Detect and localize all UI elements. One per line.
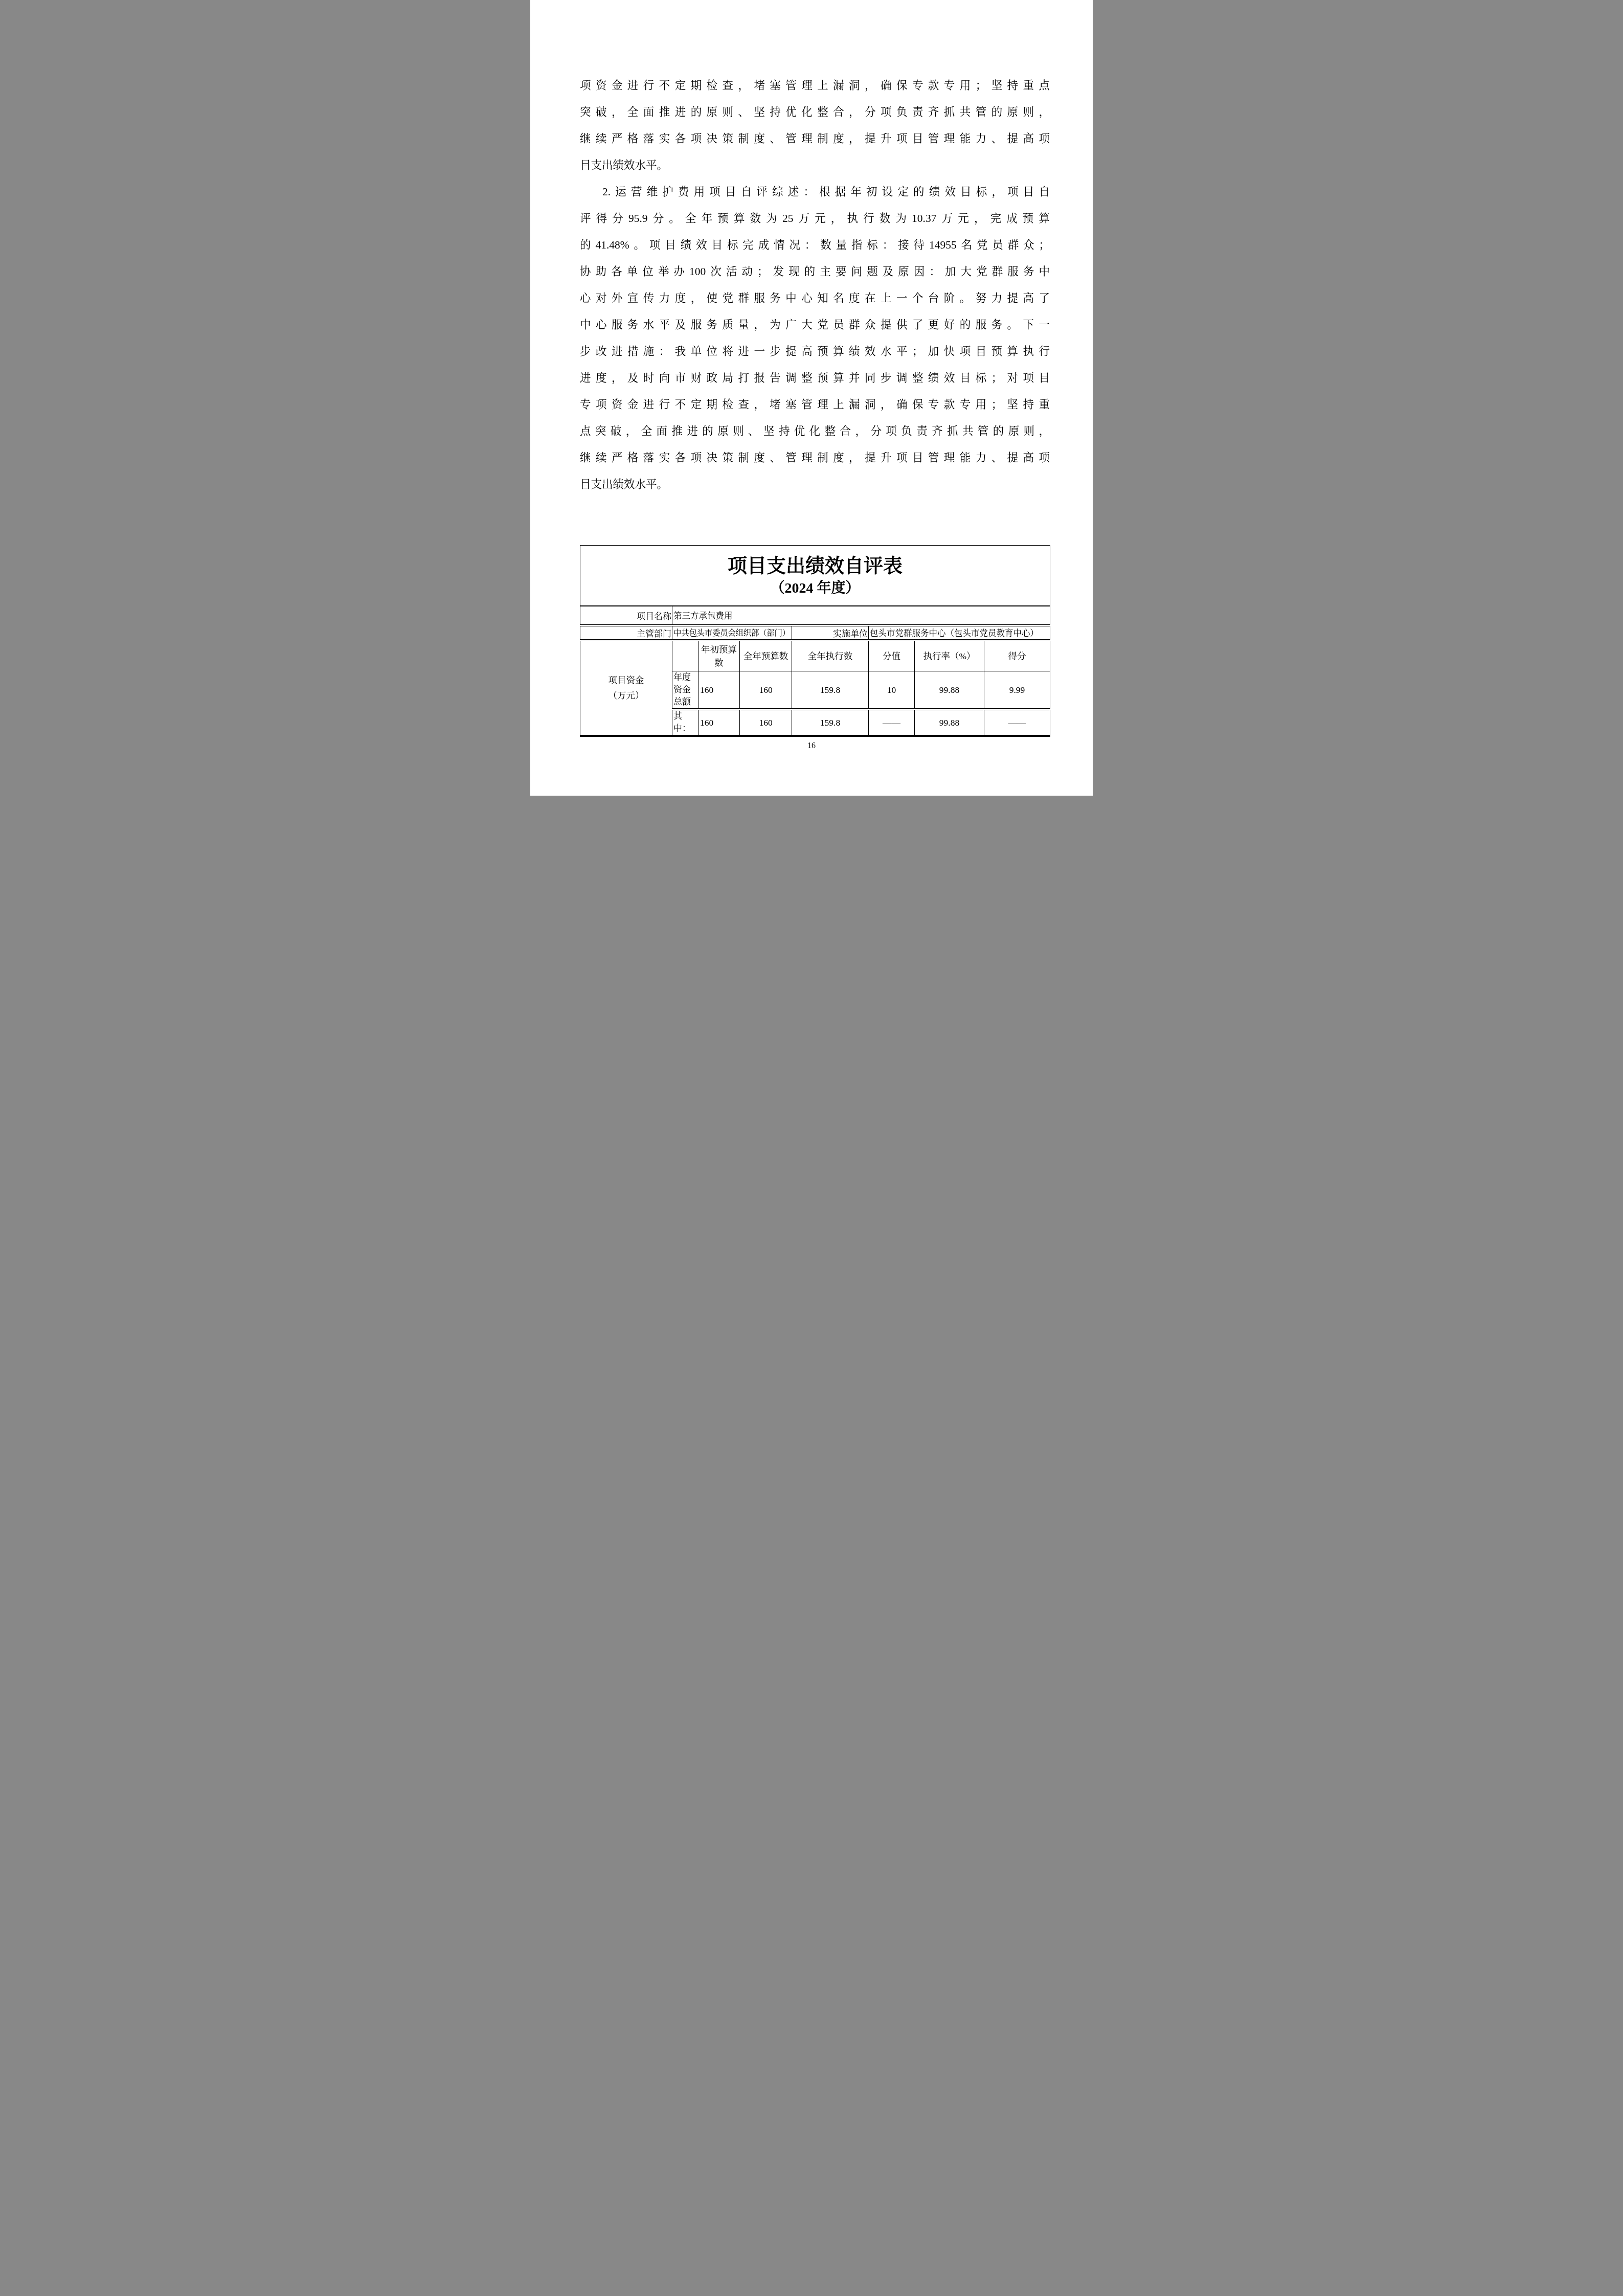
table-title-cell: 项目支出绩效自评表 （2024 年度） [580, 546, 1050, 606]
department-row: 主管部门 中共包头市委员会组织部（部门） 实施单位 包头市党群服务中心（包头市党… [580, 625, 1050, 640]
col-header-initial-budget: 年初预算数 [698, 640, 740, 671]
cell-score-weight: 10 [869, 671, 915, 710]
text-line: 目支出绩效水平。 [580, 152, 1050, 178]
table-title-row: 项目支出绩效自评表 （2024 年度） [580, 546, 1050, 606]
text-line: 继续严格落实各项决策制度、管理制度，提升项目管理能力、提高项 [580, 444, 1050, 471]
row-label-among-which: 其中： [672, 709, 698, 736]
project-funds-label-line1: 项目资金 [580, 672, 672, 688]
text-line: 点突破，全面推进的原则、坚持优化整合，分项负责齐抓共管的原则， [580, 418, 1050, 444]
funds-header-row: 项目资金 （万元） 年初预算数 全年预算数 全年执行数 分值 执行率（%） 得分 [580, 640, 1050, 671]
text-line: 协助各单位举办100次活动；发现的主要问题及原因：加大党群服务中 [580, 258, 1050, 285]
text-line: 进度，及时向市财政局打报告调整预算并同步调整绩效目标；对项目 [580, 365, 1050, 391]
text-line: 的41.48%。项目绩效目标完成情况：数量指标：接待14955名党员群众； [580, 232, 1050, 258]
dept-value: 中共包头市委员会组织部（部门） [672, 625, 792, 640]
table-title: 项目支出绩效自评表 [580, 550, 1050, 579]
col-header-execution-rate: 执行率（%） [915, 640, 984, 671]
cell-initial-budget: 160 [698, 671, 740, 710]
cell-annual-execution: 159.8 [792, 671, 869, 710]
project-funds-label-line2: （万元） [580, 688, 672, 703]
project-name-label: 项目名称 [580, 606, 672, 625]
funds-sublabel-empty [672, 640, 698, 671]
cell-score-weight: —— [869, 709, 915, 736]
page-number: 16 [530, 741, 1093, 751]
text-line: 继续严格落实各项决策制度、管理制度，提升项目管理能力、提高项 [580, 125, 1050, 152]
cell-annual-execution: 159.8 [792, 709, 869, 736]
cell-execution-rate: 99.88 [915, 709, 984, 736]
impl-unit-value: 包头市党群服务中心（包头市党员教育中心） [869, 625, 1050, 640]
col-header-score: 得分 [984, 640, 1050, 671]
text-line: 2.运营维护费用项目自评综述：根据年初设定的绩效目标，项目自 [580, 178, 1050, 205]
col-header-score-weight: 分值 [869, 640, 915, 671]
text-line: 中心服务水平及服务质量，为广大党员群众提供了更好的服务。下一 [580, 311, 1050, 338]
text-line: 步改进措施：我单位将进一步提高预算绩效水平；加快项目预算执行 [580, 338, 1050, 365]
text-line: 心对外宣传力度，使党群服务中心知名度在上一个台阶。努力提高了 [580, 285, 1050, 311]
project-funds-label: 项目资金 （万元） [580, 640, 672, 736]
text-line: 项资金进行不定期检查，堵塞管理上漏洞，确保专款专用；坚持重点 [580, 72, 1050, 99]
text-line: 突破，全面推进的原则、坚持优化整合，分项负责齐抓共管的原则， [580, 99, 1050, 125]
cell-score: 9.99 [984, 671, 1050, 710]
cell-annual-budget: 160 [740, 671, 792, 710]
text-line: 评得分95.9分。全年预算数为25万元，执行数为10.37万元，完成预算 [580, 205, 1050, 232]
project-name-row: 项目名称 第三方承包费用 [580, 606, 1050, 625]
project-name-value: 第三方承包费用 [672, 606, 1050, 625]
body-text: 项资金进行不定期检查，堵塞管理上漏洞，确保专款专用；坚持重点 突破，全面推进的原… [580, 72, 1050, 498]
impl-unit-label: 实施单位 [792, 625, 869, 640]
text-line: 专项资金进行不定期检查，堵塞管理上漏洞，确保专款专用；坚持重 [580, 391, 1050, 418]
cell-score: —— [984, 709, 1050, 736]
col-header-annual-budget: 全年预算数 [740, 640, 792, 671]
cell-initial-budget: 160 [698, 709, 740, 736]
self-evaluation-table: 项目支出绩效自评表 （2024 年度） 项目名称 第三方承包费用 主管部门 中共… [580, 545, 1050, 737]
dept-label: 主管部门 [580, 625, 672, 640]
cell-annual-budget: 160 [740, 709, 792, 736]
cell-execution-rate: 99.88 [915, 671, 984, 710]
table-title-year: （2024 年度） [580, 579, 1050, 600]
paragraph-1: 项资金进行不定期检查，堵塞管理上漏洞，确保专款专用；坚持重点 突破，全面推进的原… [580, 72, 1050, 178]
col-header-annual-execution: 全年执行数 [792, 640, 869, 671]
document-page: 项资金进行不定期检查，堵塞管理上漏洞，确保专款专用；坚持重点 突破，全面推进的原… [530, 0, 1093, 796]
text-line: 目支出绩效水平。 [580, 471, 1050, 498]
paragraph-2: 2.运营维护费用项目自评综述：根据年初设定的绩效目标，项目自 评得分95.9分。… [580, 178, 1050, 498]
row-label-annual-total: 年度资金总额 [672, 671, 698, 710]
